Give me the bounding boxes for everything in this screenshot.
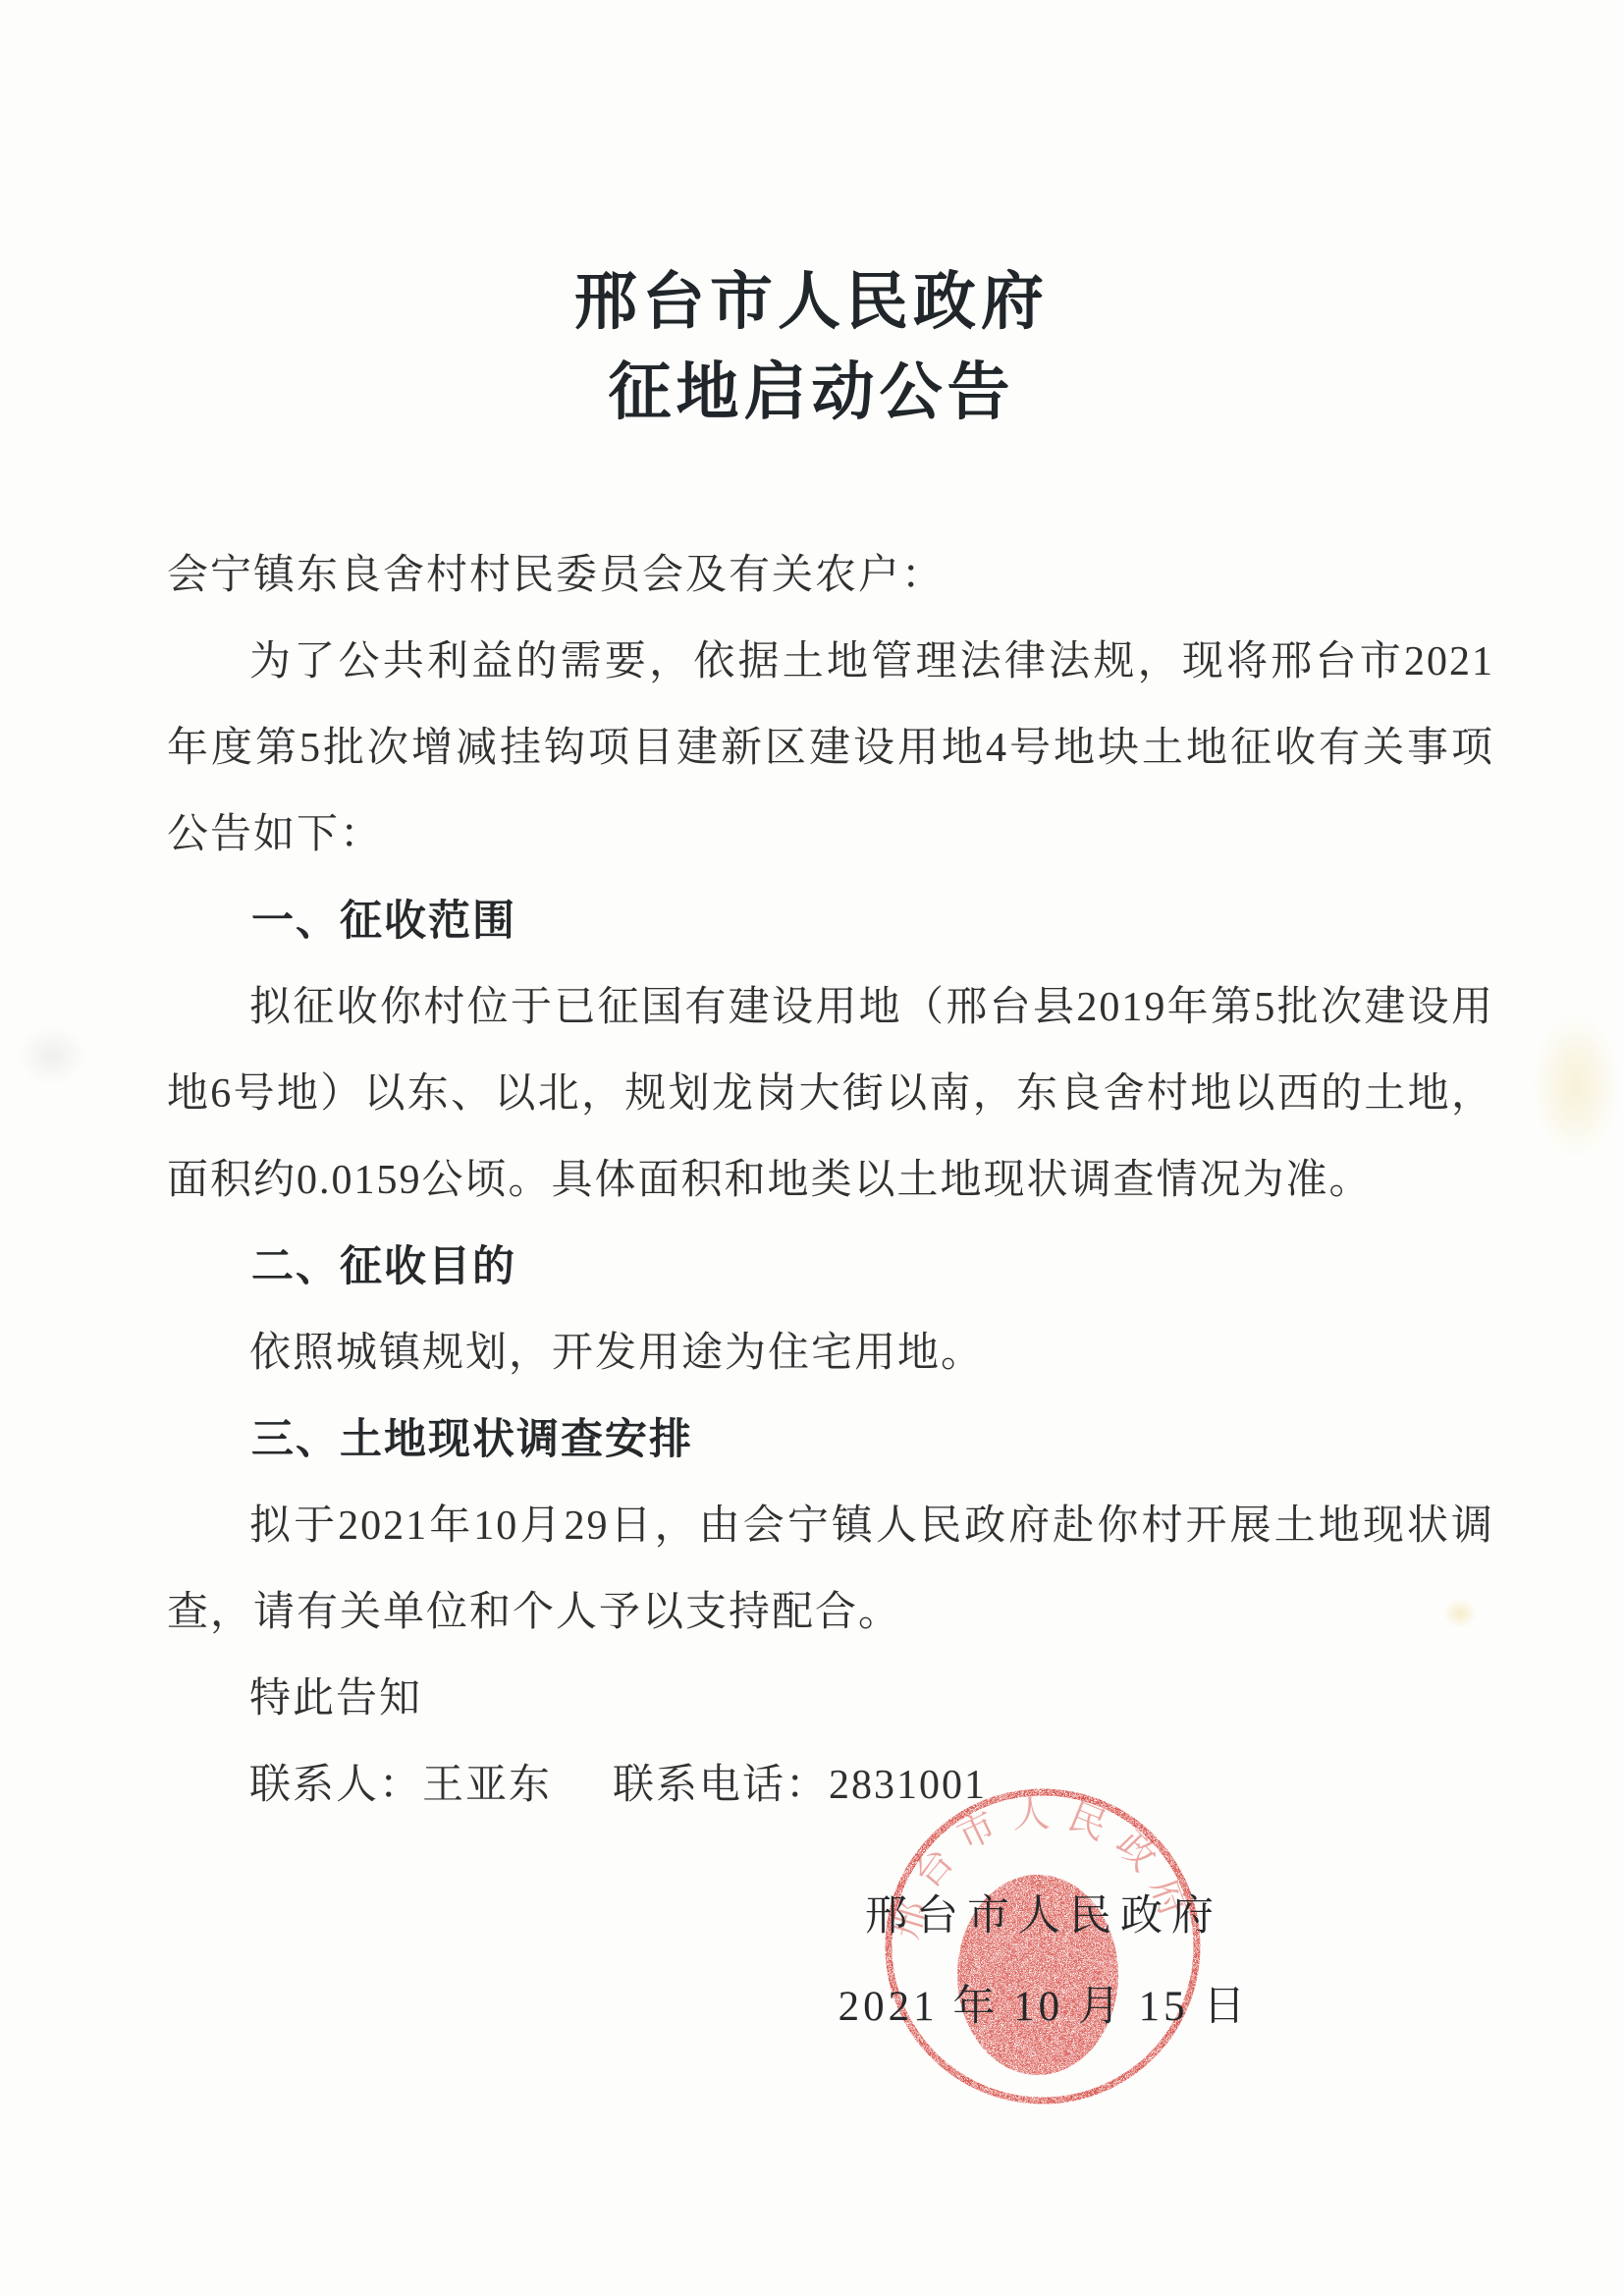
scan-artifact (18, 1026, 86, 1085)
signature-name: 邢台市人民政府 (779, 1872, 1309, 1962)
title-line-1: 邢台市人民政府 (0, 257, 1623, 348)
scan-artifact (1532, 1011, 1620, 1159)
section-heading-3: 三、土地现状调查安排 (167, 1396, 1494, 1483)
document-title: 邢台市人民政府 征地启动公告 (0, 257, 1623, 438)
section-heading-2: 二、征收目的 (167, 1224, 1494, 1310)
salutation: 会宁镇东良舍村村民委员会及有关农户： (167, 532, 1494, 619)
section-body-3: 拟于2021年10月29日，由会宁镇人民政府赴你村开展土地现状调查，请有关单位和… (167, 1483, 1494, 1656)
signature-block: 邢台市人民政府 2021 年 10 月 15 日 (779, 1872, 1309, 2052)
contact-line: 联系人：王亚东联系电话：2831001 (167, 1742, 1494, 1829)
contact-name: 王亚东 (422, 1763, 552, 1808)
intro-paragraph: 为了公共利益的需要，依据土地管理法律法规，现将邢台市2021年度第5批次增减挂钩… (167, 619, 1494, 878)
phone-label: 联系电话： (613, 1763, 829, 1808)
section-body-1: 拟征收你村位于已征国有建设用地（邢台县2019年第5批次建设用地6号地）以东、以… (167, 964, 1494, 1224)
document-body: 会宁镇东良舍村村民委员会及有关农户： 为了公共利益的需要，依据土地管理法律法规，… (167, 532, 1494, 1829)
signature-date: 2021 年 10 月 15 日 (779, 1962, 1309, 2052)
section-body-2: 依照城镇规划，开发用途为住宅用地。 (167, 1310, 1494, 1396)
contact-label: 联系人： (249, 1763, 422, 1808)
section-heading-1: 一、征收范围 (167, 878, 1494, 964)
scanned-document-page: 邢台市人民政府 征地启动公告 会宁镇东良舍村村民委员会及有关农户： 为了公共利益… (0, 0, 1623, 2296)
title-line-2: 征地启动公告 (0, 348, 1623, 438)
closing-line: 特此告知 (167, 1656, 1494, 1742)
